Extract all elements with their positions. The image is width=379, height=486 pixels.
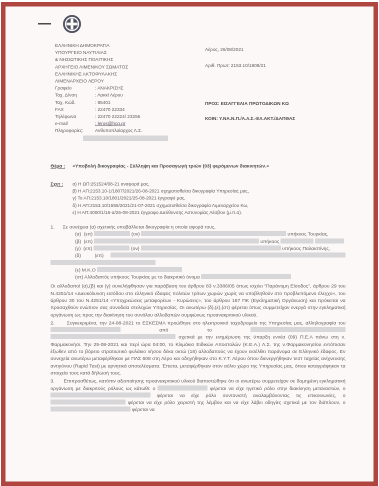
redacted-text (94, 245, 130, 250)
reference-item: ε) Η ΑΠ:4000/1/16-α/26-08-2021 έγγραφο Δ… (73, 209, 346, 216)
contact-row-email: e-mail : leros@hcg.gr (55, 120, 205, 127)
contact-row-info: Πληροφορίες: Ανθυποπλοίαρχος Λ.Σ. (55, 127, 205, 134)
redacted-text (94, 238, 259, 243)
contact-value: Ανθυποπλοίαρχος Λ.Σ. (95, 127, 142, 134)
redacted-text (315, 238, 344, 243)
document-page: ΕΛΛΗΝΙΚΗ ΔΗΜΟΚΡΑΤΙΑ ΥΠΟΥΡΓΕΙΟ ΝΑΥΤΙΛΙΑΣ … (1, 2, 378, 486)
org-line: & ΝΗΣΙΩΤΙΚΗΣ ΠΟΛΙΤΙΚΗΣ (55, 56, 205, 63)
letterhead: ΕΛΛΗΝΙΚΗ ΔΗΜΟΚΡΑΤΙΑ ΥΠΟΥΡΓΕΙΟ ΝΑΥΤΙΛΙΑΣ … (51, 14, 346, 145)
references-label: Σχετ : (51, 181, 73, 217)
contact-value: : 22470 22334 (95, 106, 125, 113)
reference-item: δ) Η ΑΠ:2153.10/1555/2021/21-07-2021 σχη… (73, 202, 346, 209)
person-entry-st: (στ) Αλλοδαπός υπήκοος Τουρκίας με το δι… (51, 274, 346, 281)
person-entry-c: (γ) (επ) (ον) υπήκοος Παλαιστίνης, (51, 245, 346, 252)
redacted-text (94, 231, 130, 236)
contact-label: Ταχ. Δ/νση (55, 92, 95, 99)
greek-emblem-icon (62, 14, 82, 34)
recipient-line: ΠΡΟΣ: ΕΙΣΑΓΓΕΛΙΑ ΠΡΩΤΟΔΙΚΩΝ ΚΩ (205, 100, 289, 107)
paragraph-2: 2. Συγκεκριμένα, την 24-08-2021 το ΕΣΚΕΣ… (51, 320, 346, 377)
subject-text: «Υποβολή δικογραφίας - Σύλληψη και Προσα… (73, 163, 270, 170)
person-entry-a: (α) (επ) (ον) υπήκοος Τουρκίας, (51, 231, 346, 238)
redacted-text (281, 238, 314, 243)
redacted-text (201, 274, 291, 279)
contact-row-office: Γραφείο : ΑΝΑΚΡΙΣΗΣ (55, 85, 205, 92)
contact-label: Ταχ. Κώδ. (55, 99, 95, 106)
person-entry-b: (β) (επ) υπήκοος (51, 238, 346, 245)
person-entry-d: (δ) (επ) (51, 253, 346, 267)
contact-value: : 22470 22224/ 23256 (95, 113, 140, 120)
redacted-name-block (83, 135, 168, 141)
contact-row-fax: FAX : 22470 22334 (55, 106, 205, 113)
redacted-text (141, 231, 286, 236)
redacted-text (51, 260, 156, 265)
contact-label: Γραφείο (55, 85, 95, 92)
reference-item: γ) Το ΑΠ:2153.10/1801/2021/25-08-2021 έγ… (73, 195, 346, 202)
paragraph-1-intro: 1. Σε συνέχεια (α) σχετικής υποβάλλεται … (51, 224, 346, 231)
contact-row-phone: Τηλέφωνα : 22470 22224/ 23256 (55, 113, 205, 120)
contact-row-postcode: Ταχ. Κώδ. : 85401 (55, 99, 205, 106)
reference-item: β) Η ΑΠ:2153.10-1/1807/2021/26-08-2021 σ… (73, 188, 346, 195)
person-entry-e: (ε) Μ.Κ.Ο (51, 267, 346, 274)
contact-label: e-mail (55, 120, 95, 127)
contact-value: : 85401 (95, 99, 111, 106)
fold-mark (38, 23, 51, 25)
place-date-line: Λέρος, 26/08/2021 (205, 46, 244, 53)
contact-label: FAX (55, 106, 95, 113)
references-list: α) Η ΩΠ:251524/08-21 αναφορά μας, β) Η Α… (73, 181, 346, 217)
redacted-text (251, 327, 346, 332)
contact-label: Τηλέφωνα (55, 113, 95, 120)
redacted-text (51, 407, 131, 412)
reference-item: α) Η ΩΠ:251524/08-21 αναφορά μας, (73, 181, 346, 188)
protocol-number-line: Αριθ. Πρωτ: 2153.10/1808/21 (205, 62, 266, 69)
cc-line: ΚΟΙΝ: Υ.ΝΑ.Ν.Π./Α.Λ.Σ.-ΕΛ.ΑΚΤ./ΔΑΠΘΑΣ (205, 115, 295, 122)
org-line: ΥΠΟΥΡΓΕΙΟ ΝΑΥΤΙΛΙΑΣ (55, 49, 205, 56)
references-block: Σχετ : α) Η ΩΠ:251524/08-21 αναφορά μας,… (51, 181, 346, 217)
subject-line: Θέμα : «Υποβολή δικογραφίας - Σύλληψη κα… (51, 163, 346, 170)
redacted-text (111, 253, 346, 258)
sender-block: ΕΛΛΗΝΙΚΗ ΔΗΜΟΚΡΑΤΙΑ ΥΠΟΥΡΓΕΙΟ ΝΑΥΤΙΛΙΑΣ … (55, 42, 205, 141)
redacted-text (141, 245, 281, 250)
redacted-text (51, 392, 151, 397)
contact-label: Πληροφορίες: (55, 127, 95, 134)
redacted-text (51, 334, 176, 339)
paragraph-1-main: Οι αλλοδαποί (α),(β) και (γ) συνελήφθησα… (51, 283, 346, 319)
contact-row-address: Ταχ. Δ/νση : Λακκί Λέρου (55, 92, 205, 99)
org-line: ΕΛΛΗΝΙΚΗ ΔΗΜΟΚΡΑΤΙΑ (55, 42, 205, 49)
paragraph-3: 3. Επιπροσθέτως, κατόπιν αξιοποίησης προ… (51, 378, 346, 414)
redacted-text (97, 267, 182, 272)
email-address: : leros@hcg.gr (95, 120, 125, 127)
org-line: ΑΡΧΗΓΕΙΟ ΛΙΜΕΝΙΚΟΥ ΣΩΜΑΤΟΣ (55, 63, 205, 70)
org-line: ΛΙΜΕΝΑΡΧΕΙΟ ΛΕΡΟΥ (55, 78, 205, 85)
subject-label: Θέμα : (51, 163, 73, 170)
contact-value: : ΑΝΑΚΡΙΣΗΣ (95, 85, 123, 92)
redacted-text (51, 327, 121, 332)
contact-value: : Λακκί Λέρου (95, 92, 123, 99)
redacted-text (158, 385, 208, 390)
org-line: ΕΛΛΗΝΙΚΗΣ ΑΚΤΟΦΥΛΑΚΗΣ (55, 70, 205, 77)
scan-scaler: ΕΛΛΗΝΙΚΗ ΔΗΜΟΚΡΑΤΙΑ ΥΠΟΥΡΓΕΙΟ ΝΑΥΤΙΛΙΑΣ … (0, 2, 379, 486)
redacted-text (51, 400, 126, 405)
